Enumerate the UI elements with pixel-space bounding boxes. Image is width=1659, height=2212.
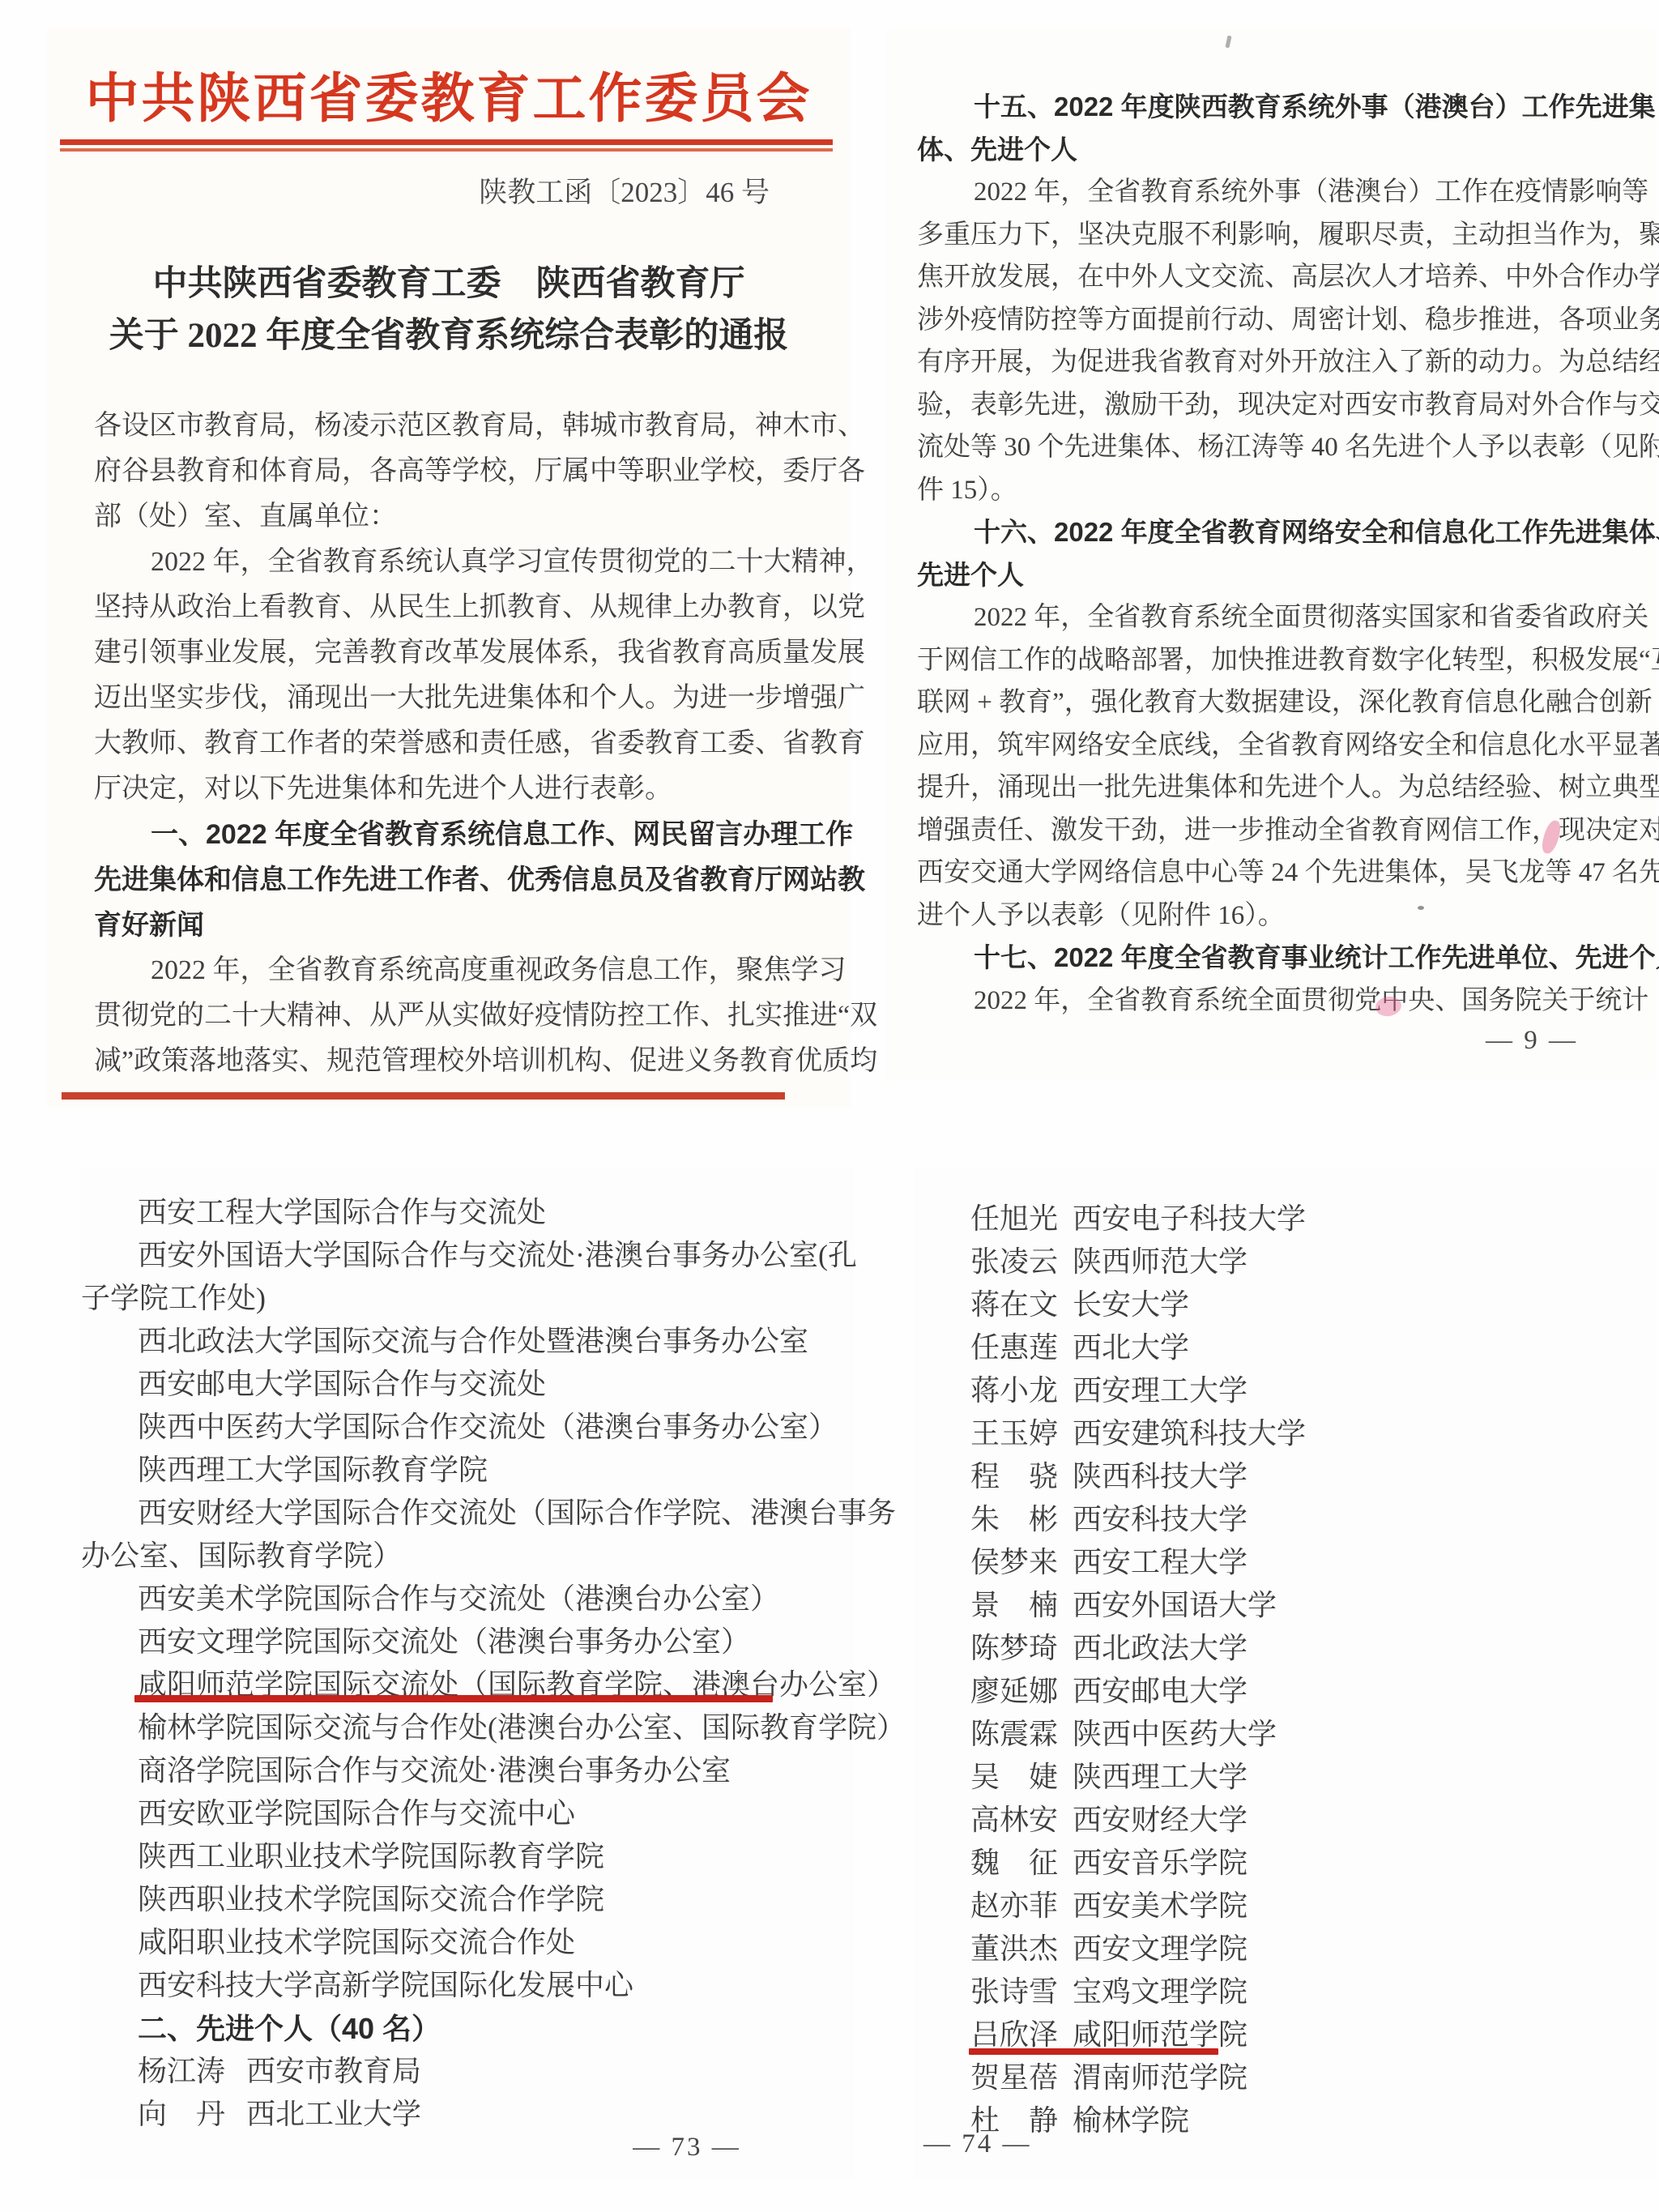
person-row: 蒋小龙西安理工大学 bbox=[970, 1368, 1635, 1411]
body-line: 焦开放发展，在中外人文交流、高层次人才培养、中外合作办学、 bbox=[917, 256, 1649, 299]
unit-list-item-wrap: 办公室、国际教育学院） bbox=[81, 1535, 851, 1578]
person-row: 张诗雪宝鸡文理学院 bbox=[970, 1969, 1635, 2012]
body-line: 贯彻党的二十大精神、从严从实做好疫情防控工作、扎实推进“双 bbox=[94, 993, 833, 1039]
person-row: 赵亦菲西安美术学院 bbox=[970, 1883, 1635, 1926]
body-line: 厅决定，对以下先进集体和先进个人进行表彰。 bbox=[94, 767, 833, 812]
scan-speck-artifact bbox=[1225, 36, 1231, 49]
person-row: 蒋在文长安大学 bbox=[970, 1282, 1635, 1325]
person-row: 杨江涛 西安市教育局 bbox=[81, 2050, 851, 2093]
page-73: 西安工程大学国际合作与交流处 西安外国语大学国际合作与交流处·港澳台事务办公室(… bbox=[79, 1168, 854, 2180]
unit-list-item: 西安科技大学高新学院国际化发展中心 bbox=[81, 1964, 851, 2007]
body-line: 建引领事业发展，完善教育改革发展体系，我省教育高质量发展 bbox=[94, 630, 833, 676]
person-organization: 西安建筑科技大学 bbox=[1073, 1411, 1306, 1452]
person-row: 程 骁陕西科技大学 bbox=[970, 1454, 1635, 1497]
person-name: 赵亦菲 bbox=[970, 1883, 1061, 1924]
body-line: 联网 + 教育”，强化教育大数据建设，深化教育信息化融合创新 bbox=[917, 681, 1649, 724]
person-organization: 宝鸡文理学院 bbox=[1073, 1969, 1247, 2010]
section-heading-line: 育好新闻 bbox=[94, 903, 833, 948]
person-organization: 西安邮电大学 bbox=[1073, 1668, 1247, 1710]
person-name: 高林安 bbox=[970, 1797, 1061, 1838]
person-name: 张诗雪 bbox=[970, 1969, 1061, 2010]
unit-list-item: 西安文理学院国际交流处（港澳台事务办公室） bbox=[81, 1621, 851, 1663]
unit-list-item: 陕西工业职业技术学院国际教育学院 bbox=[81, 1835, 851, 1878]
person-name: 蒋在文 bbox=[970, 1282, 1061, 1323]
person-organization: 西安财经大学 bbox=[1073, 1797, 1247, 1838]
person-name: 朱 彬 bbox=[970, 1497, 1061, 1538]
person-name: 王玉婷 bbox=[970, 1411, 1061, 1452]
unit-list-item: 西北政法大学国际交流与合作处暨港澳台事务办公室 bbox=[81, 1320, 851, 1363]
unit-list-item: 陕西中医药大学国际合作交流处（港澳台事务办公室） bbox=[81, 1406, 851, 1449]
person-organization: 陕西科技大学 bbox=[1073, 1454, 1247, 1495]
body-line: 迈出坚实步伐，涌现出一大批先进集体和个人。为进一步增强广 bbox=[94, 676, 833, 721]
person-row: 侯梦来西安工程大学 bbox=[970, 1539, 1635, 1582]
person-organization: 陕西师范大学 bbox=[1073, 1239, 1247, 1280]
red-underline-annotation bbox=[134, 1695, 773, 1702]
document-title-line-1: 中共陕西省委教育工委 陕西省教育厅 bbox=[47, 256, 851, 305]
person-name: 董洪杰 bbox=[970, 1926, 1061, 1967]
person-name: 蒋小龙 bbox=[970, 1368, 1061, 1409]
person-row: 任旭光西安电子科技大学 bbox=[970, 1196, 1635, 1239]
unit-list-item: 陕西理工大学国际教育学院 bbox=[81, 1449, 851, 1492]
person-row: 朱 彬西安科技大学 bbox=[970, 1497, 1635, 1539]
scan-seam-red-rule bbox=[62, 1092, 785, 1100]
letterhead-rule-thin bbox=[60, 148, 833, 152]
body-line: 西安交通大学网络信息中心等 24 个先进集体，吴飞龙等 47 名先 bbox=[917, 852, 1649, 895]
section-heading-line: 一、2022 年度全省教育系统信息工作、网民留言办理工作 bbox=[94, 812, 833, 857]
page-74: 任旭光西安电子科技大学 张凌云陕西师范大学 蒋在文长安大学 任惠莲西北大学 蒋小… bbox=[914, 1168, 1656, 2180]
body-line: 2022 年，全省教育系统外事（港澳台）工作在疫情影响等 bbox=[917, 171, 1649, 214]
body-line: 进个人予以表彰（见附件 16）。 bbox=[917, 895, 1649, 937]
body-line: 于网信工作的战略部署，加快推进教育数字化转型，积极发展“互 bbox=[917, 639, 1649, 682]
person-name: 向 丹 bbox=[138, 2093, 228, 2136]
person-organization: 西安音乐学院 bbox=[1073, 1840, 1247, 1881]
person-list-block: 任旭光西安电子科技大学 张凌云陕西师范大学 蒋在文长安大学 任惠莲西北大学 蒋小… bbox=[970, 1196, 1635, 2141]
section-heading-line: 先进个人 bbox=[917, 554, 1649, 597]
person-name: 廖延娜 bbox=[970, 1668, 1061, 1710]
body-line: 2022 年，全省教育系统认真学习宣传贯彻党的二十大精神， bbox=[94, 540, 833, 585]
red-underline-annotation bbox=[969, 2048, 1218, 2055]
body-line: 流处等 30 个先进集体、杨江涛等 40 名先进个人予以表彰（见附 bbox=[917, 426, 1649, 469]
person-row: 陈震霖陕西中医药大学 bbox=[970, 1711, 1635, 1754]
person-row: 王玉婷西安建筑科技大学 bbox=[970, 1411, 1635, 1454]
person-row: 高林安西安财经大学 bbox=[970, 1797, 1635, 1840]
body-line: 2022 年，全省教育系统全面贯彻党中央、国务院关于统计 bbox=[917, 980, 1649, 1023]
person-organization: 陕西理工大学 bbox=[1073, 1754, 1247, 1796]
person-row: 任惠莲西北大学 bbox=[970, 1325, 1635, 1368]
person-organization: 榆林学院 bbox=[1073, 2098, 1189, 2139]
person-organization: 西北政法大学 bbox=[1073, 1625, 1247, 1667]
unit-list-item: 西安邮电大学国际合作与交流处 bbox=[81, 1363, 851, 1406]
body-line: 应用，筑牢网络安全底线，全省教育网络安全和信息化水平显著 bbox=[917, 724, 1649, 767]
unit-list-block: 西安工程大学国际合作与交流处 西安外国语大学国际合作与交流处·港澳台事务办公室(… bbox=[81, 1191, 851, 2136]
scanned-document-composite: { "colors": { "letterhead_red": "#d5371f… bbox=[0, 0, 1659, 2212]
unit-list-item: 商洛学院国际合作与交流处·港澳台事务办公室 bbox=[81, 1749, 851, 1792]
person-row: 张凌云陕西师范大学 bbox=[970, 1239, 1635, 1282]
body-line: 各设区市教育局，杨凌示范区教育局，韩城市教育局，神木市、 bbox=[94, 404, 833, 449]
body-line: 部（处）室、直属单位： bbox=[94, 494, 833, 540]
person-row: 向 丹 西北工业大学 bbox=[81, 2093, 851, 2136]
person-organization: 西安电子科技大学 bbox=[1073, 1196, 1306, 1237]
person-organization: 西安外国语大学 bbox=[1073, 1582, 1277, 1624]
section-heading-line: 先进集体和信息工作先进工作者、优秀信息员及省教育厅网站教 bbox=[94, 857, 833, 903]
letterhead-rule-thick bbox=[60, 139, 833, 145]
unit-list-item-wrap: 子学院工作处) bbox=[81, 1277, 851, 1320]
body-text-block: 各设区市教育局，杨凌示范区教育局，韩城市教育局，神木市、 府谷县教育和体育局，各… bbox=[94, 404, 833, 1084]
person-organization: 西北大学 bbox=[1073, 1325, 1189, 1366]
body-line: 大教师、教育工作者的荣誉感和责任感，省委教育工委、省教育 bbox=[94, 721, 833, 767]
person-name: 张凌云 bbox=[970, 1239, 1061, 1280]
unit-list-item: 陕西职业技术学院国际交流合作学院 bbox=[81, 1878, 851, 1921]
body-text-block: 十五、2022 年度陕西教育系统外事（港澳台）工作先进集 体、先进个人 2022… bbox=[917, 86, 1649, 1022]
person-organization: 陕西中医药大学 bbox=[1073, 1711, 1277, 1753]
person-organization: 西安科技大学 bbox=[1073, 1497, 1247, 1538]
person-organization: 西安市教育局 bbox=[246, 2050, 421, 2093]
person-name: 贺星蓓 bbox=[970, 2055, 1061, 2096]
document-title-line-2: 关于 2022 年度全省教育系统综合表彰的通报 bbox=[47, 308, 851, 357]
person-name: 任旭光 bbox=[970, 1196, 1061, 1237]
person-name: 程 骁 bbox=[970, 1454, 1061, 1495]
section-heading-line: 十五、2022 年度陕西教育系统外事（港澳台）工作先进集 bbox=[917, 86, 1649, 129]
person-organization: 西安工程大学 bbox=[1073, 1539, 1247, 1581]
body-line: 减”政策落地落实、规范管理校外培训机构、促进义务教育优质均 bbox=[94, 1039, 833, 1084]
document-number: 陕教工函〔2023〕46 号 bbox=[479, 170, 770, 211]
person-organization: 渭南师范学院 bbox=[1073, 2055, 1247, 2096]
body-line: 2022 年，全省教育系统全面贯彻落实国家和省委省政府关 bbox=[917, 596, 1649, 639]
body-line: 增强责任、激发干劲，进一步推动全省教育网信工作，现决定对 bbox=[917, 809, 1649, 852]
person-row: 董洪杰西安文理学院 bbox=[970, 1926, 1635, 1969]
person-name: 吴 婕 bbox=[970, 1754, 1061, 1796]
page-notice-cover: 中共陕西省委教育工作委员会 陕教工函〔2023〕46 号 中共陕西省委教育工委 … bbox=[47, 28, 851, 1107]
person-organization: 西安美术学院 bbox=[1073, 1883, 1247, 1924]
person-row: 贺星蓓渭南师范学院 bbox=[970, 2055, 1635, 2098]
person-name: 任惠莲 bbox=[970, 1325, 1061, 1366]
unit-list-item: 西安财经大学国际合作交流处（国际合作学院、港澳台事务 bbox=[81, 1492, 851, 1535]
section-heading-line: 十七、2022 年度全省教育事业统计工作先进单位、先进个人 bbox=[917, 937, 1649, 980]
page-number: — 9 — bbox=[1486, 1026, 1578, 1056]
person-name: 吕欣泽 bbox=[970, 2012, 1061, 2053]
person-name: 陈梦琦 bbox=[970, 1625, 1061, 1667]
body-line: 2022 年，全省教育系统高度重视政务信息工作，聚焦学习 bbox=[94, 948, 833, 993]
body-line: 验，表彰先进，激励干劲，现决定对西安市教育局对外合作与交 bbox=[917, 384, 1649, 427]
person-row: 景 楠西安外国语大学 bbox=[970, 1582, 1635, 1625]
unit-list-item: 西安美术学院国际合作与交流处（港澳台办公室） bbox=[81, 1578, 851, 1621]
person-name: 陈震霖 bbox=[970, 1711, 1061, 1753]
person-row: 陈梦琦西北政法大学 bbox=[970, 1625, 1635, 1668]
body-line: 府谷县教育和体育局，各高等学校，厅属中等职业学校，委厅各 bbox=[94, 449, 833, 494]
unit-list-item: 榆林学院国际交流与合作处(港澳台办公室、国际教育学院） bbox=[81, 1706, 851, 1749]
person-organization: 咸阳师范学院 bbox=[1073, 2012, 1247, 2053]
letterhead-title: 中共陕西省委教育工作委员会 bbox=[47, 55, 851, 132]
unit-list-item: 西安工程大学国际合作与交流处 bbox=[81, 1191, 851, 1234]
unit-list-item: 咸阳职业技术学院国际交流合作处 bbox=[81, 1921, 851, 1964]
body-line: 坚持从政治上看教育、从民生上抓教育、从规律上办教育，以党 bbox=[94, 585, 833, 630]
person-row: 廖延娜西安邮电大学 bbox=[970, 1668, 1635, 1711]
unit-list-item: 西安外国语大学国际合作与交流处·港澳台事务办公室(孔 bbox=[81, 1234, 851, 1277]
person-organization: 西安理工大学 bbox=[1073, 1368, 1247, 1409]
person-name: 杨江涛 bbox=[138, 2050, 228, 2093]
person-row: 魏 征西安音乐学院 bbox=[970, 1840, 1635, 1883]
body-line: 涉外疫情防控等方面提前行动、周密计划、稳步推进，各项业务 bbox=[917, 299, 1649, 342]
section-heading-line: 二、先进个人（40 名） bbox=[81, 2007, 851, 2050]
section-heading-line: 十六、2022 年度全省教育网络安全和信息化工作先进集体、 bbox=[917, 511, 1649, 554]
person-row: 吴 婕陕西理工大学 bbox=[970, 1754, 1635, 1797]
page-9: 十五、2022 年度陕西教育系统外事（港澳台）工作先进集 体、先进个人 2022… bbox=[886, 28, 1656, 1081]
person-organization: 西北工业大学 bbox=[246, 2093, 421, 2136]
person-name: 侯梦来 bbox=[970, 1539, 1061, 1581]
person-row: 杜 静榆林学院 bbox=[970, 2098, 1635, 2141]
unit-list-item: 西安欧亚学院国际合作与交流中心 bbox=[81, 1792, 851, 1835]
section-heading-line: 体、先进个人 bbox=[917, 129, 1649, 172]
body-line: 多重压力下，坚决克服不利影响，履职尽责，主动担当作为，聚 bbox=[917, 214, 1649, 257]
page-number: — 73 — bbox=[533, 2133, 841, 2163]
person-name: 魏 征 bbox=[970, 1840, 1061, 1881]
body-line: 提升，涌现出一批先进集体和先进个人。为总结经验、树立典型， bbox=[917, 767, 1649, 809]
body-line: 有序开展，为促进我省教育对外开放注入了新的动力。为总结经 bbox=[917, 341, 1649, 384]
person-organization: 长安大学 bbox=[1073, 1282, 1189, 1323]
page-number: — 74 — bbox=[923, 2129, 1032, 2159]
person-name: 景 楠 bbox=[970, 1582, 1061, 1624]
person-organization: 西安文理学院 bbox=[1073, 1926, 1247, 1967]
body-line: 件 15）。 bbox=[917, 469, 1649, 512]
